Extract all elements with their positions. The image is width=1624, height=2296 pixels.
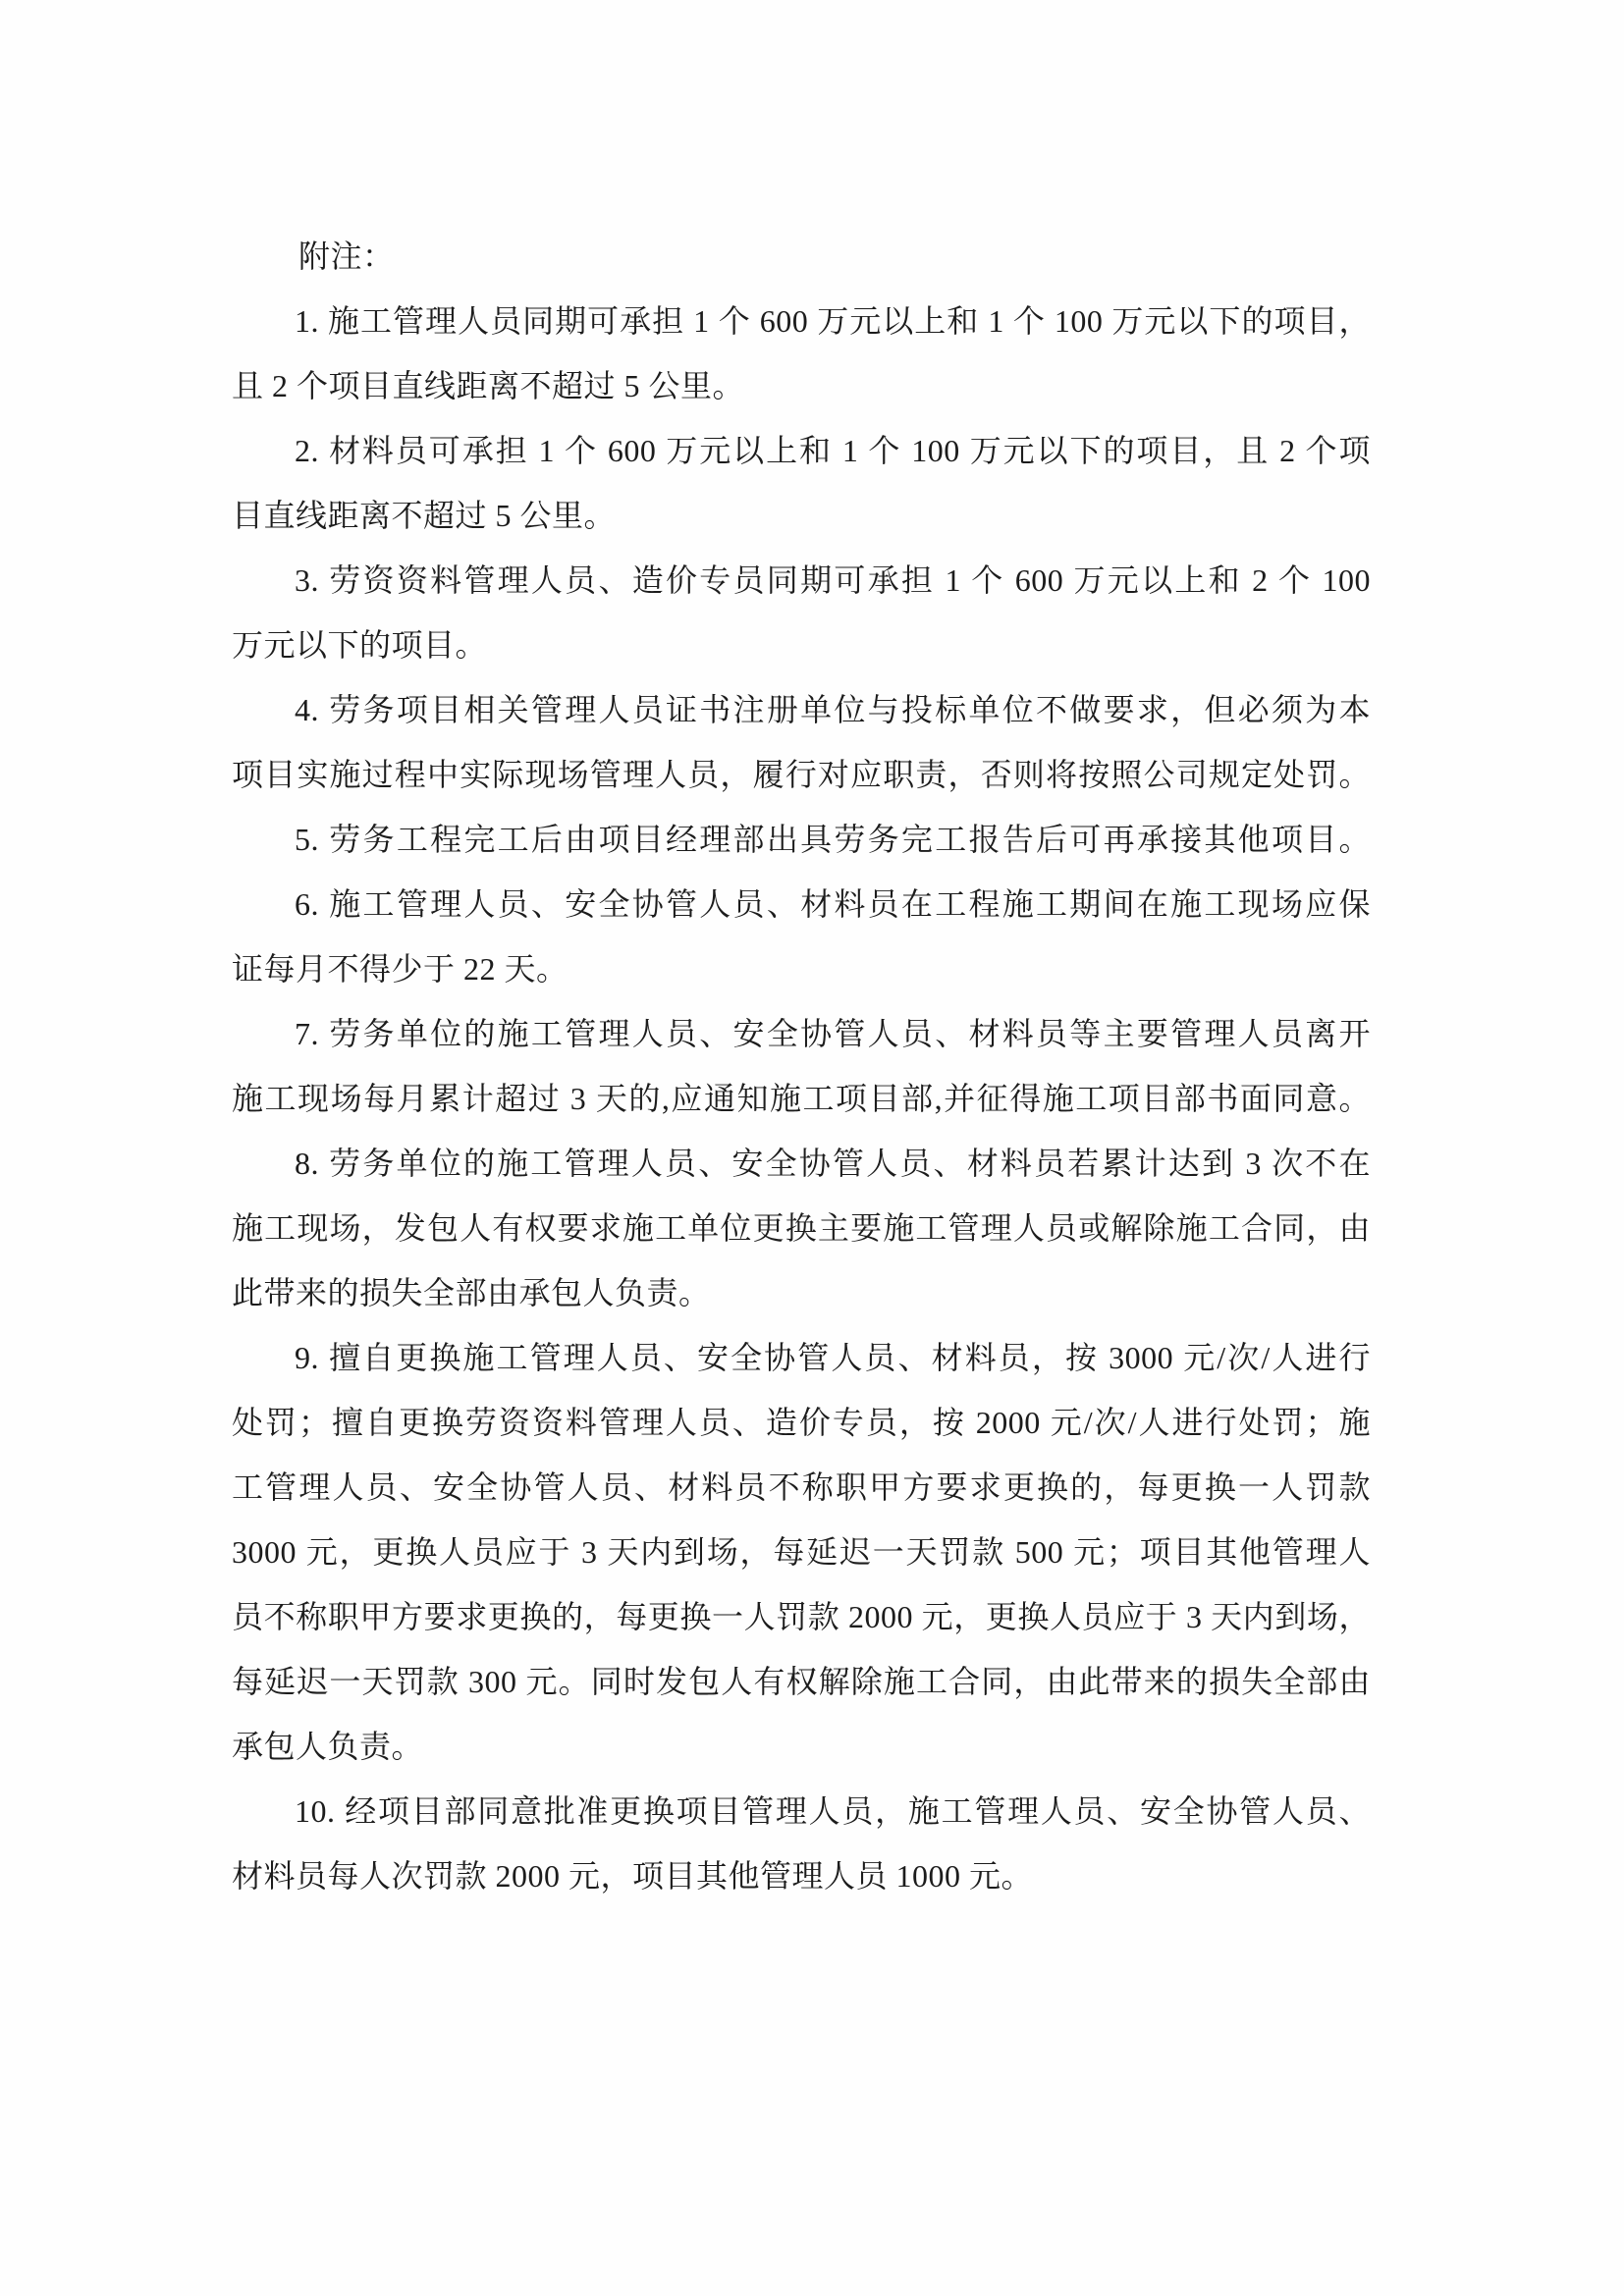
note-item-9-line-3: 工管理人员、安全协管人员、材料员不称职甲方要求更换的，每更换一人罚款 [232,1455,1371,1520]
document-page: 附注： 1. 施工管理人员同期可承担 1 个 600 万元以上和 1 个 100… [0,0,1624,2296]
note-item-4-line-1: 4. 劳务项目相关管理人员证书注册单位与投标单位不做要求，但必须为本 [232,677,1371,742]
note-item-9-line-1: 9. 擅自更换施工管理人员、安全协管人员、材料员，按 3000 元/次/人进行 [232,1325,1371,1390]
note-item-10-line-2: 材料员每人次罚款 2000 元，项目其他管理人员 1000 元。 [232,1843,1371,1908]
note-item-7-line-2: 施工现场每月累计超过 3 天的,应通知施工项目部,并征得施工项目部书面同意。 [232,1066,1371,1131]
note-item-9-line-6: 每延迟一天罚款 300 元。同时发包人有权解除施工合同，由此带来的损失全部由 [232,1649,1371,1714]
note-item-2-line-1: 2. 材料员可承担 1 个 600 万元以上和 1 个 100 万元以下的项目，… [232,418,1371,483]
notes-section: 附注： 1. 施工管理人员同期可承担 1 个 600 万元以上和 1 个 100… [232,224,1371,1908]
note-item-6-line-1: 6. 施工管理人员、安全协管人员、材料员在工程施工期间在施工现场应保 [232,872,1371,936]
note-item-9-line-4: 3000 元，更换人员应于 3 天内到场，每延迟一天罚款 500 元；项目其他管… [232,1520,1371,1584]
note-item-8-line-1: 8. 劳务单位的施工管理人员、安全协管人员、材料员若累计达到 3 次不在 [232,1131,1371,1196]
note-item-8-line-3: 此带来的损失全部由承包人负责。 [232,1260,1371,1325]
note-item-10-line-1: 10. 经项目部同意批准更换项目管理人员，施工管理人员、安全协管人员、 [232,1779,1371,1843]
note-item-9-line-5: 员不称职甲方要求更换的，每更换一人罚款 2000 元，更换人员应于 3 天内到场… [232,1584,1371,1649]
note-item-3-line-2: 万元以下的项目。 [232,613,1371,677]
note-item-7-line-1: 7. 劳务单位的施工管理人员、安全协管人员、材料员等主要管理人员离开 [232,1001,1371,1066]
note-item-3-line-1: 3. 劳资资料管理人员、造价专员同期可承担 1 个 600 万元以上和 2 个 … [232,548,1371,613]
note-item-2-line-2: 目直线距离不超过 5 公里。 [232,483,1371,548]
note-item-9-line-2: 处罚；擅自更换劳资资料管理人员、造价专员，按 2000 元/次/人进行处罚；施 [232,1390,1371,1455]
note-item-5-line-1: 5. 劳务工程完工后由项目经理部出具劳务完工报告后可再承接其他项目。 [232,807,1371,872]
note-item-8-line-2: 施工现场，发包人有权要求施工单位更换主要施工管理人员或解除施工合同，由 [232,1196,1371,1260]
note-item-1-line-2: 且 2 个项目直线距离不超过 5 公里。 [232,353,1371,418]
note-item-9-line-7: 承包人负责。 [232,1714,1371,1779]
note-item-1-line-1: 1. 施工管理人员同期可承担 1 个 600 万元以上和 1 个 100 万元以… [232,289,1371,353]
notes-heading: 附注： [232,224,1371,289]
note-item-4-line-2: 项目实施过程中实际现场管理人员，履行对应职责，否则将按照公司规定处罚。 [232,742,1371,807]
note-item-6-line-2: 证每月不得少于 22 天。 [232,936,1371,1001]
